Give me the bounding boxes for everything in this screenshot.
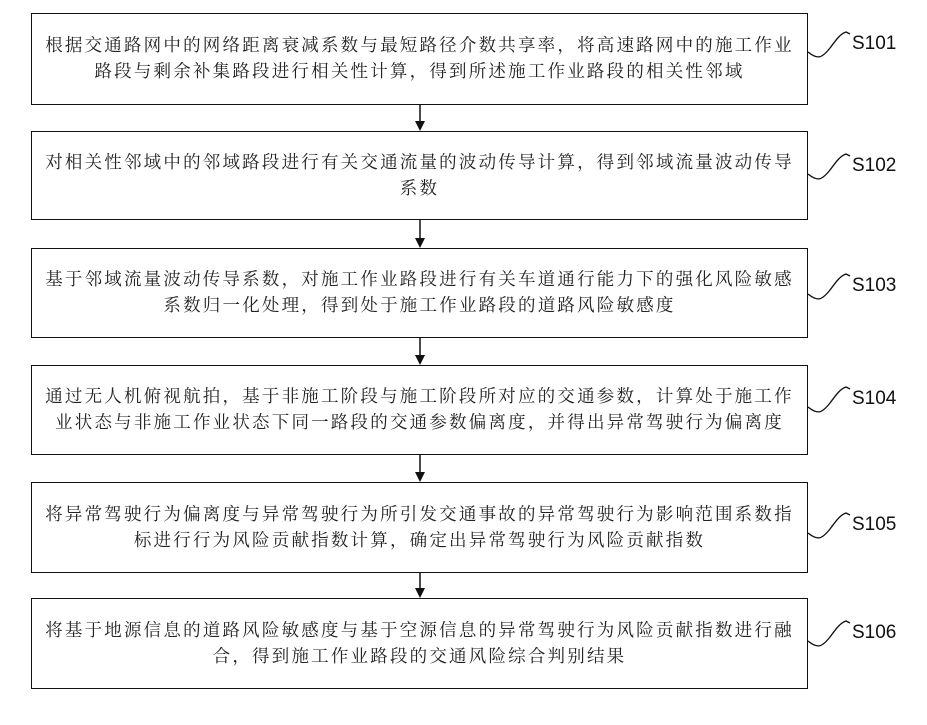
step-text-s106: 将基于地源信息的道路风险敏感度与基于空源信息的异常驾驶行为风险贡献指数进行融合，… xyxy=(32,618,807,670)
step-label-s106: S106 xyxy=(852,622,896,644)
step-text-s104: 通过无人机俯视航拍，基于非施工阶段与施工阶段所对应的交通参数，计算处于施工作业状… xyxy=(32,384,807,436)
arrow-down-icon xyxy=(412,573,428,599)
arrow-down-icon xyxy=(412,105,428,132)
step-box-s105: 将异常驾驶行为偏离度与异常驾驶行为所引发交通事故的异常驾驶行为影响范围系数指标进… xyxy=(31,482,808,573)
step-text-s105: 将异常驾驶行为偏离度与异常驾驶行为所引发交通事故的异常驾驶行为影响范围系数指标进… xyxy=(32,502,807,554)
step-label-s102: S102 xyxy=(852,155,896,177)
step-box-s101: 根据交通路网中的网络距离衰减系数与最短路径介数共享率，将高速路网中的施工作业路段… xyxy=(31,13,808,105)
step-box-s103: 基于邻域流量波动传导系数，对施工作业路段进行有关车道通行能力下的强化风险敏感系数… xyxy=(31,248,808,338)
leader-curve-s102 xyxy=(808,150,853,185)
step-box-s102: 对相关性邻域中的邻域路段进行有关交通流量的波动传导计算，得到邻域流量波动传导系数 xyxy=(31,131,808,220)
step-label-s104: S104 xyxy=(852,388,896,410)
step-label-s103: S103 xyxy=(852,275,896,297)
step-text-s103: 基于邻域流量波动传导系数，对施工作业路段进行有关车道通行能力下的强化风险敏感系数… xyxy=(32,267,807,319)
leader-curve-s106 xyxy=(808,617,853,652)
step-label-s101: S101 xyxy=(852,33,896,55)
arrow-down-icon xyxy=(412,220,428,249)
step-text-s102: 对相关性邻域中的邻域路段进行有关交通流量的波动传导计算，得到邻域流量波动传导系数 xyxy=(32,150,807,202)
arrow-down-icon xyxy=(412,338,428,366)
leader-curve-s103 xyxy=(808,270,853,305)
leader-curve-s101 xyxy=(808,28,853,63)
step-text-s101: 根据交通路网中的网络距离衰减系数与最短路径介数共享率，将高速路网中的施工作业路段… xyxy=(32,33,807,85)
step-box-s104: 通过无人机俯视航拍，基于非施工阶段与施工阶段所对应的交通参数，计算处于施工作业状… xyxy=(31,365,808,455)
step-box-s106: 将基于地源信息的道路风险敏感度与基于空源信息的异常驾驶行为风险贡献指数进行融合，… xyxy=(31,598,808,689)
leader-curve-s104 xyxy=(808,383,853,418)
arrow-down-icon xyxy=(412,455,428,483)
step-label-s105: S105 xyxy=(852,514,896,536)
leader-curve-s105 xyxy=(808,509,853,544)
